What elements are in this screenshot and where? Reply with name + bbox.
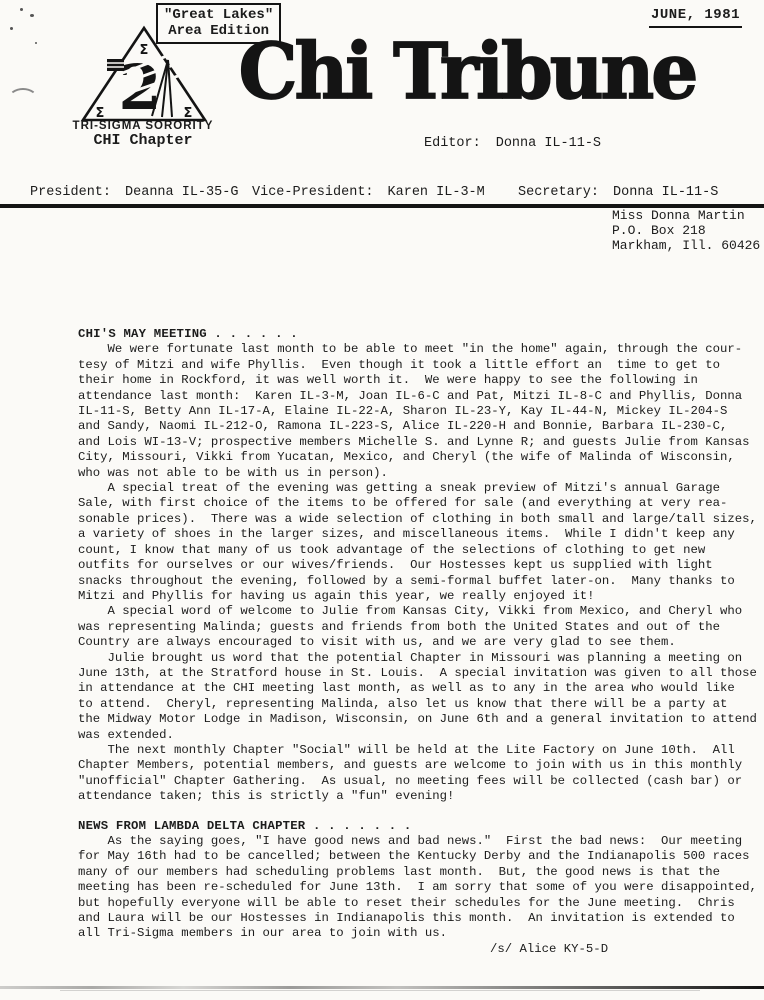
svg-text:Σ: Σ bbox=[96, 106, 105, 121]
president-entry: President:Deanna IL-35-G bbox=[30, 185, 238, 200]
newsletter-body: CHI'S MAY MEETING . . . . . . We were fo… bbox=[78, 327, 764, 957]
secretary-label: Secretary: bbox=[518, 185, 599, 200]
section-heading: CHI'S MAY MEETING . . . . . . bbox=[78, 327, 764, 342]
signature-line: /s/ Alice KY-5-D bbox=[490, 942, 764, 957]
sorority-name: TRI-SIGMA SORORITY bbox=[70, 120, 216, 132]
scan-speck bbox=[30, 14, 34, 17]
newsletter-page: "Great Lakes" Area Edition JUNE, 1981 Ch… bbox=[0, 0, 764, 1000]
mailing-address: Miss Donna Martin P.O. Box 218 Markham, … bbox=[612, 209, 760, 253]
chapter-name: CHI Chapter bbox=[70, 132, 216, 150]
section-lambda-delta-news: NEWS FROM LAMBDA DELTA CHAPTER . . . . .… bbox=[78, 819, 764, 942]
newsletter-title: Chi Tribune bbox=[226, 20, 708, 124]
paragraph: We were fortunate last month to be able … bbox=[78, 342, 764, 481]
secretary-entry: Secretary:Donna IL-11-S bbox=[518, 185, 718, 200]
section-heading: NEWS FROM LAMBDA DELTA CHAPTER . . . . .… bbox=[78, 819, 764, 834]
paragraph: Julie brought us word that the potential… bbox=[78, 651, 764, 743]
paragraph: As the saying goes, "I have good news an… bbox=[78, 834, 764, 942]
scan-speck bbox=[10, 27, 13, 30]
scan-bottom-line bbox=[0, 986, 764, 989]
address-line: Miss Donna Martin bbox=[612, 209, 760, 224]
section-chis-may-meeting: CHI'S MAY MEETING . . . . . . We were fo… bbox=[78, 327, 764, 805]
president-name: Deanna IL-35-G bbox=[125, 185, 238, 200]
address-line: P.O. Box 218 bbox=[612, 224, 760, 239]
scan-bottom-echo bbox=[60, 990, 700, 991]
header-divider-rule bbox=[0, 204, 764, 208]
officers-line: President:Deanna IL-35-G Vice-President:… bbox=[0, 185, 764, 203]
paragraph: A special word of welcome to Julie from … bbox=[78, 604, 764, 650]
vice-president-name: Karen IL-3-M bbox=[388, 185, 485, 200]
sorority-logo: Σ Σ Σ 2 bbox=[80, 24, 210, 124]
scan-speck bbox=[35, 42, 37, 44]
editor-name: Donna IL-11-S bbox=[496, 136, 601, 151]
editor-label: Editor: bbox=[424, 136, 481, 151]
svg-text:Σ: Σ bbox=[184, 106, 193, 121]
address-line: Markham, Ill. 60426 bbox=[612, 239, 760, 254]
president-label: President: bbox=[30, 185, 111, 200]
scan-arc-artifact bbox=[8, 88, 38, 110]
vice-president-label: Vice-President: bbox=[252, 185, 374, 200]
scan-speck bbox=[20, 8, 23, 11]
vice-president-entry: Vice-President:Karen IL-3-M bbox=[252, 185, 485, 200]
paragraph: The next monthly Chapter "Social" will b… bbox=[78, 743, 764, 805]
editor-line: Editor:Donna IL-11-S bbox=[424, 136, 601, 151]
secretary-name: Donna IL-11-S bbox=[613, 185, 718, 200]
paragraph: A special treat of the evening was getti… bbox=[78, 481, 764, 604]
